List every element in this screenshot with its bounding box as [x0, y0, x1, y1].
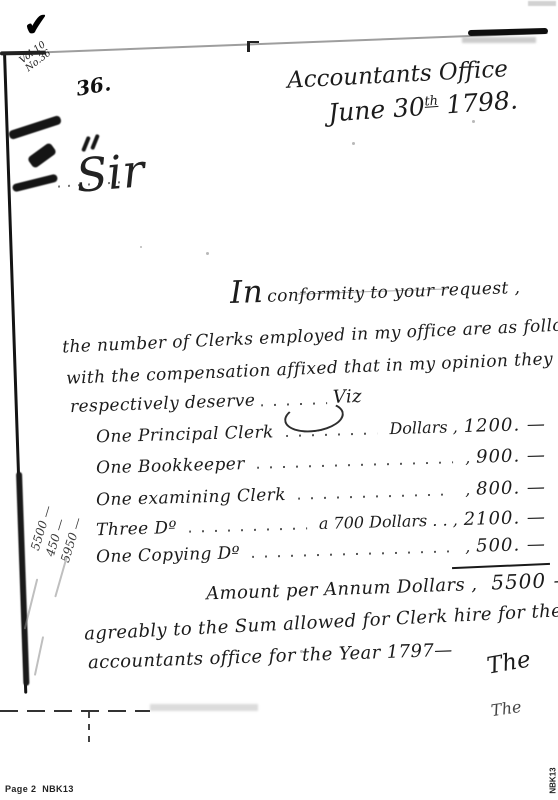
volume-annotation: Vol.10 No.36	[18, 40, 54, 74]
film-edge-thick-segment	[16, 472, 29, 686]
catchword-the-2: The	[490, 697, 523, 720]
total-row: Amount per Annum Dollars , 5500 —	[206, 568, 558, 605]
body-line-1-text: conformity to your request ,	[267, 278, 521, 307]
date-ordinal-suffix: th	[424, 94, 439, 110]
check-mark-icon: ✔	[22, 7, 51, 44]
leader-dots	[257, 461, 453, 468]
body-line-1: Inconformity to your request ,	[229, 265, 520, 311]
ledger-row-label: One examining Clerk	[96, 485, 286, 510]
leader-dots	[252, 550, 453, 558]
leader-dots	[286, 432, 378, 437]
margin-scribble	[34, 636, 44, 676]
ledger-row-unit: ,	[465, 448, 471, 467]
scan-streak	[0, 32, 548, 55]
date-day: June 30	[327, 92, 426, 128]
ledger-row-label: One Principal Clerk	[96, 422, 274, 447]
ledger-row-bookkeeper: One Bookkeeper , 900. —	[96, 445, 546, 479]
margin-scribble	[54, 557, 67, 598]
ledger-row-label: One Copying Dº	[96, 543, 240, 567]
catchword-the-1: The	[485, 646, 533, 679]
ledger-row-amount: 900. —	[476, 445, 546, 468]
closing-line-1: agreably to the Sum allowed for Clerk hi…	[84, 600, 558, 644]
frame-page-label: Page 2 NBK13	[5, 784, 74, 794]
total-amount: 5500 —	[491, 568, 558, 595]
paper-speck	[140, 246, 142, 248]
ledger-row-amount: 1200. —	[463, 414, 546, 437]
corner-speck	[528, 1, 556, 6]
ink-smudge	[8, 115, 62, 140]
paper-speck	[300, 650, 303, 653]
body-line-3: with the compensation affixed that in my…	[66, 349, 554, 389]
ledger-row-amount: 500. —	[476, 534, 546, 557]
ledger-row-label: One Bookkeeper	[96, 454, 245, 478]
scan-tick-mark	[247, 41, 259, 52]
ledger-row-amount: 800. —	[476, 477, 546, 500]
paper-speck	[352, 142, 355, 145]
ledger-row-examining-clerk: One examining Clerk , 800. —	[96, 477, 546, 511]
paper-speck	[206, 252, 209, 255]
ledger-row-unit: ,	[465, 537, 471, 556]
ledger-row-rate: a 700 Dollars . . ,	[319, 510, 458, 533]
total-label: Amount per Annum Dollars ,	[206, 574, 478, 604]
date-line: June 30th 1798.	[327, 85, 518, 127]
body-line-4-text: respectively deserve	[70, 391, 256, 417]
leader-dots	[189, 527, 307, 532]
ledger-row-unit: ,	[465, 480, 471, 499]
date-year: 1798.	[445, 85, 518, 119]
ledger-row-label: Three Dº	[96, 518, 177, 540]
ledger-row-unit: Dollars ,	[389, 417, 458, 438]
scan-streak-smear	[462, 37, 536, 43]
scan-streak-right	[468, 28, 548, 36]
paper-speck	[472, 120, 475, 123]
scanned-letter-page: ✔ Vol.10 No.36 36. Accountants Office Ju…	[0, 0, 558, 800]
crease-smear	[150, 704, 258, 711]
frame-reel-label-vertical: NBK13	[549, 766, 558, 796]
page-number-annotation: 36.	[74, 71, 112, 101]
ledger-row-copying-ditto: One Copying Dº , 500. —	[96, 534, 546, 568]
closing-line-2: accountants office for the Year 1797—	[88, 640, 453, 674]
ledger-row-amount: 2100. —	[463, 507, 546, 530]
crease-line-horizontal	[0, 710, 150, 712]
salutation: Sir	[74, 143, 147, 203]
leader-dots	[298, 493, 453, 499]
ink-smudge	[12, 174, 59, 193]
ink-smudge	[27, 142, 57, 169]
crease-line-vertical	[88, 712, 90, 744]
body-line-1-initial: In	[229, 274, 263, 311]
